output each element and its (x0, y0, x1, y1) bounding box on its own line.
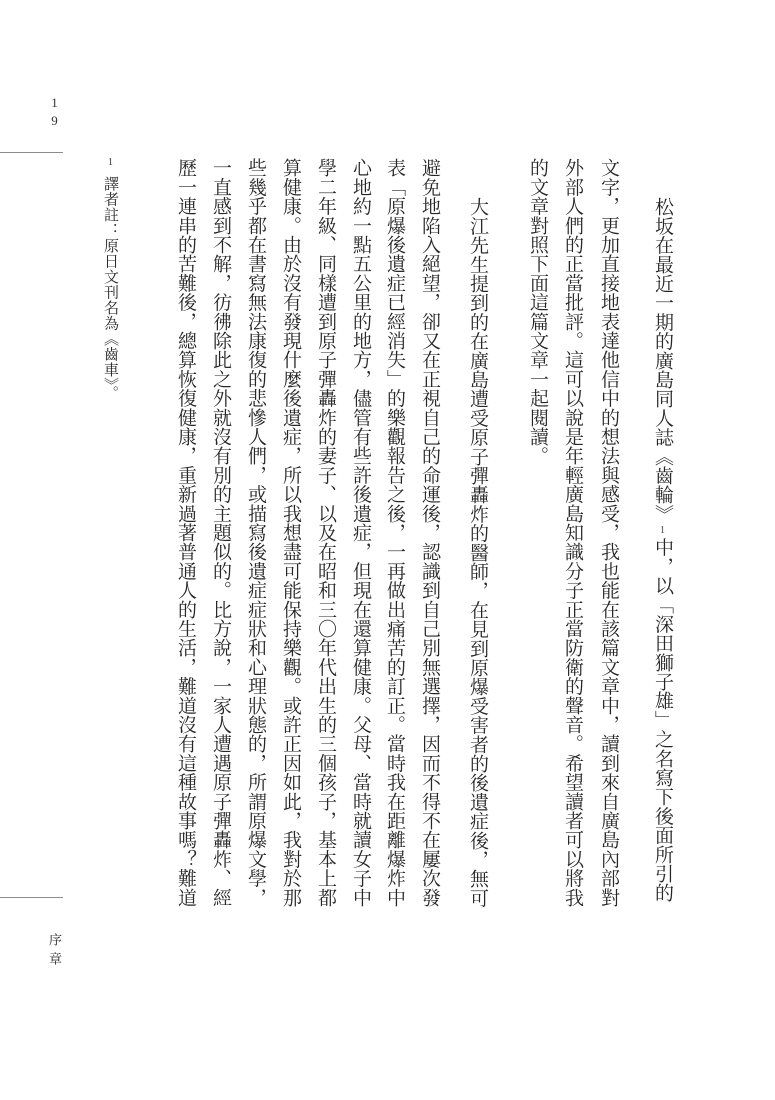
footnote-text: 譯者註：原日文刊名為《齒車》。 (102, 176, 118, 401)
body-column: 避免地陷入絕望，卻又在正視自己的命運後，認識到自己別無選擇，因而不得不在屢次發 (417, 158, 441, 907)
body-column: 些幾乎都在書寫無法康復的悲慘人們，或描寫後遺症症狀和心理狀態的，所謂原爆文學， (243, 158, 267, 907)
body-column: 文字，更加直接地表達他信中的想法與感受，我也能在該篇文章中，讀到來自廣島內部對 (596, 158, 620, 907)
chapter-marker: 序章 (45, 933, 64, 971)
book-page: { "page": { "page_number": "19", "chapte… (0, 0, 775, 1100)
body-column: 心地約一點五公里的地方，儘管有些許後遺症，但現在還算健康。父母、當時就讀女子中 (348, 158, 372, 907)
body-column: 歷一連串的苦難後，總算恢復健康，重新過著普通人的生活，難道沒有這種故事嗎？難道 (173, 158, 197, 907)
body-column: 一直感到不解，彷彿除此之外就沒有別的主題似的。比方說，一家人遭遇原子彈轟炸、經 (208, 158, 232, 907)
footnote-reference: 1 (657, 525, 668, 536)
body-column: 松坂在最近一期的廣島同人誌《齒輪》1中，以「深田獅子雄」之名寫下後面所引的 (650, 158, 674, 902)
body-column: 大江先生提到的在廣島遭受原子彈轟炸的醫師，在見到原爆受害者的後遺症後，無可 (465, 158, 489, 907)
body-column: 學二年級、同樣遭到原子彈轟炸的妻子、以及在昭和三〇年代出生的三個孩子，基本上都 (313, 158, 337, 907)
body-column: 表「原爆後遺症已經消失」的樂觀報告之後，一再做出痛苦的訂正。當時我在距離爆炸中 (382, 158, 406, 907)
page-number: 19 (46, 95, 62, 131)
bottom-margin-rule (0, 897, 63, 898)
body-column: 的文章對照下面這篇文章一起閱讀。 (525, 158, 549, 465)
footnote: 1譯者註：原日文刊名為《齒車》。 (100, 157, 121, 401)
footnote-number: 1 (105, 157, 116, 168)
top-margin-rule (0, 152, 63, 153)
body-text: 松坂在最近一期的廣島同人誌《齒輪》 (652, 197, 673, 523)
body-column: 外部人們的正當批評。這可以說是年輕廣島知識分子正當防衛的聲音。希望讀者可以將我 (560, 158, 584, 907)
body-text: 中，以「深田獅子雄」之名寫下後面所引的 (652, 537, 673, 902)
body-column: 算健康。由於沒有發現什麼後遺症，所以我想盡可能保持樂觀。或許正因如此，我對於那 (278, 158, 302, 907)
